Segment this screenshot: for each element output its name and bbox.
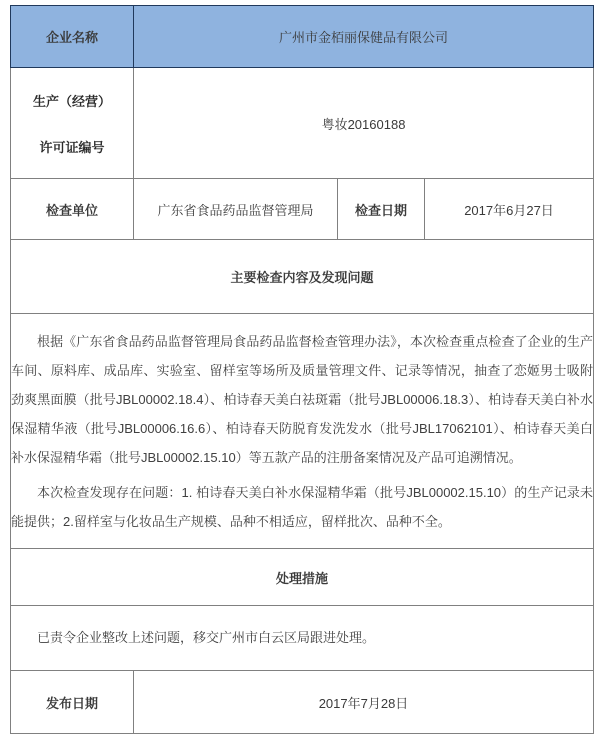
- inspection-unit-value: 广东省食品药品监督管理局: [157, 203, 313, 218]
- inspection-report-table: 企业名称 广州市金栢丽保健品有限公司 生产（经营） 许可证编号 粤妆201601…: [10, 5, 594, 734]
- company-value: 广州市金栢丽保健品有限公司: [279, 30, 448, 45]
- company-label: 企业名称: [46, 30, 98, 45]
- publish-label-cell: 发布日期: [11, 671, 134, 734]
- license-label-line1: 生产（经营）: [11, 91, 133, 110]
- measures-header-cell: 处理措施: [11, 549, 594, 606]
- inspection-date-value: 2017年6月27日: [464, 203, 554, 218]
- inspection-unit-label-cell: 检查单位: [11, 179, 134, 240]
- measures-body-row: 已责令企业整改上述问题，移交广州市白云区局跟进处理。: [11, 606, 594, 671]
- findings-body-cell: 根据《广东省食品药品监督管理局食品药品监督检查管理办法》，本次检查重点检查了企业…: [11, 314, 594, 549]
- findings-paragraph-1: 根据《广东省食品药品监督管理局食品药品监督检查管理办法》，本次检查重点检查了企业…: [11, 327, 593, 472]
- measures-body-cell: 已责令企业整改上述问题，移交广州市白云区局跟进处理。: [11, 606, 594, 671]
- company-value-cell: 广州市金栢丽保健品有限公司: [134, 6, 594, 68]
- company-label-cell: 企业名称: [11, 6, 134, 68]
- license-value: 粤妆20160188: [322, 117, 406, 132]
- findings-header: 主要检查内容及发现问题: [230, 270, 373, 285]
- inspection-report-page: 企业名称 广州市金栢丽保健品有限公司 生产（经营） 许可证编号 粤妆201601…: [0, 0, 600, 741]
- publish-label: 发布日期: [46, 696, 98, 711]
- publish-value-cell: 2017年7月28日: [134, 671, 594, 734]
- publish-value: 2017年7月28日: [319, 696, 409, 711]
- inspection-unit-label: 检查单位: [46, 203, 98, 218]
- publish-row: 发布日期 2017年7月28日: [11, 671, 594, 734]
- inspection-date-value-cell: 2017年6月27日: [425, 179, 594, 240]
- findings-paragraph-2: 本次检查发现存在问题：1. 柏诗春天美白补水保湿精华霜（批号JBL00002.1…: [11, 478, 593, 536]
- inspection-unit-value-cell: 广东省食品药品监督管理局: [134, 179, 338, 240]
- findings-header-cell: 主要检查内容及发现问题: [11, 240, 594, 314]
- license-row: 生产（经营） 许可证编号 粤妆20160188: [11, 68, 594, 179]
- measures-header-row: 处理措施: [11, 549, 594, 606]
- inspection-row: 检查单位 广东省食品药品监督管理局 检查日期 2017年6月27日: [11, 179, 594, 240]
- company-row: 企业名称 广州市金栢丽保健品有限公司: [11, 6, 594, 68]
- inspection-date-label: 检查日期: [355, 203, 407, 218]
- findings-body-row: 根据《广东省食品药品监督管理局食品药品监督检查管理办法》，本次检查重点检查了企业…: [11, 314, 594, 549]
- license-label-line2: 许可证编号: [11, 137, 133, 156]
- inspection-date-label-cell: 检查日期: [338, 179, 425, 240]
- license-label-cell: 生产（经营） 许可证编号: [11, 68, 134, 179]
- measures-text: 已责令企业整改上述问题，移交广州市白云区局跟进处理。: [11, 624, 593, 652]
- findings-header-row: 主要检查内容及发现问题: [11, 240, 594, 314]
- measures-header: 处理措施: [276, 571, 328, 586]
- license-value-cell: 粤妆20160188: [134, 68, 594, 179]
